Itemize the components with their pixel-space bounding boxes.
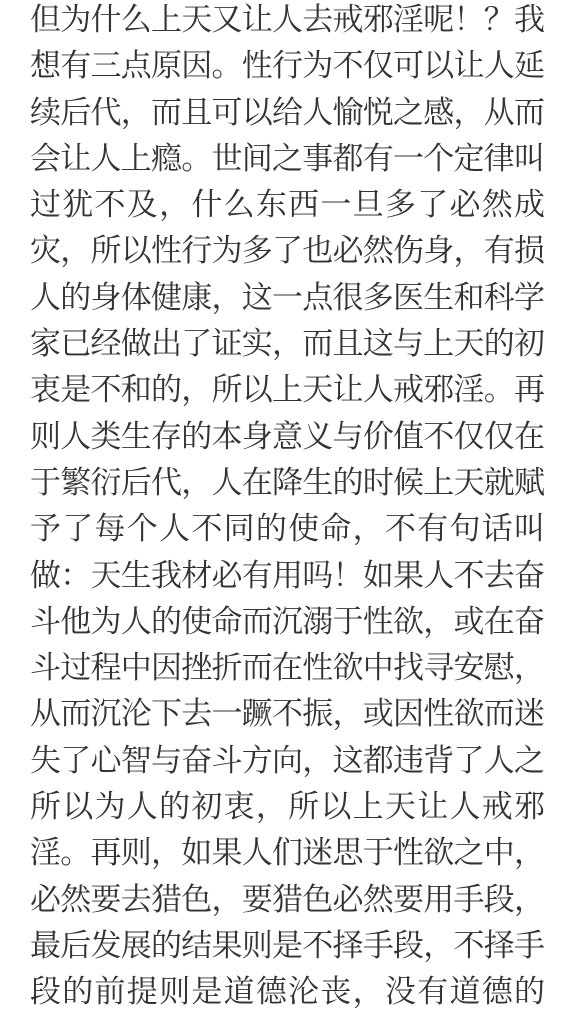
text-char: 间: [242, 139, 273, 179]
text-char: 果: [393, 556, 424, 596]
text-char: 天: [91, 556, 122, 596]
text-char: 仅: [454, 417, 485, 457]
text-char: 段: [30, 972, 61, 1012]
text-char: 于: [363, 833, 394, 873]
text-char: 赋: [514, 463, 545, 503]
text-char: 人: [60, 417, 91, 457]
text-char: 人: [484, 46, 515, 86]
text-char: 降: [272, 463, 303, 503]
text-char: 了: [181, 324, 212, 364]
text-char: 用: [272, 556, 303, 596]
text-char: ，: [423, 602, 454, 642]
text-char: 要: [242, 880, 273, 920]
text-char: 了: [62, 509, 93, 549]
text-char: 灾: [30, 231, 61, 271]
text-char: 。: [212, 46, 243, 86]
text-char: 感: [423, 93, 454, 133]
text-char: 叫: [514, 509, 545, 549]
text-char: 人: [159, 509, 190, 549]
text-char: 科: [484, 278, 515, 318]
text-char: 的: [151, 370, 182, 410]
text-char: 的: [60, 278, 91, 318]
text-char: 有: [417, 972, 448, 1012]
text-char: 了: [60, 741, 91, 781]
text-char: 性: [393, 833, 424, 873]
text-char: ，: [514, 648, 545, 688]
text-char: 多: [385, 185, 416, 225]
text-char: 迷: [302, 833, 333, 873]
text-char: 上: [121, 139, 152, 179]
text-char: 多: [363, 278, 394, 318]
text-char: 在: [272, 648, 303, 688]
text-char: 因: [181, 46, 212, 86]
text-char: 之: [454, 833, 485, 873]
text-char: 时: [363, 463, 394, 503]
text-char: 原: [151, 46, 182, 86]
text-char: 天: [181, 0, 212, 40]
text-char: 必: [333, 880, 364, 920]
text-char: 必: [449, 185, 480, 225]
text-char: 叫: [514, 139, 545, 179]
text-char: 。: [181, 139, 212, 179]
text-line: 斗他为人的使命而沉溺于性欲，或在奋: [30, 602, 548, 648]
text-line: 予了每个人不同的使命，不有句话叫: [30, 509, 548, 555]
text-char: 失: [30, 741, 61, 781]
text-char: 奋: [514, 602, 545, 642]
text-char: 有: [484, 231, 515, 271]
text-char: 所: [30, 787, 61, 827]
text-line: 续后代，而且可以给人愉悦之感，从而: [30, 93, 548, 139]
text-char: 什: [91, 0, 122, 40]
text-char: 多: [242, 231, 273, 271]
text-char: ，: [151, 833, 182, 873]
text-char: 生: [121, 417, 152, 457]
text-char: 后: [60, 926, 91, 966]
text-char: 上: [423, 324, 454, 364]
text-char: 命: [320, 509, 351, 549]
text-char: 做: [30, 556, 61, 596]
text-char: 为: [212, 231, 243, 271]
text-char: 是: [272, 926, 303, 966]
text-char: 道: [449, 972, 480, 1012]
text-char: 以: [242, 93, 273, 133]
text-char: 人: [127, 787, 158, 827]
text-char: 邪: [514, 787, 545, 827]
text-line: 过犹不及，什么东西一旦多了必然成: [30, 185, 548, 231]
text-char: 与: [393, 324, 424, 364]
text-char: 行: [272, 46, 303, 86]
text-char: 斗: [212, 741, 243, 781]
text-line: 所以为人的初衷，所以上天让人戒邪: [30, 787, 548, 833]
text-char: 代: [91, 93, 122, 133]
text-char: 学: [514, 278, 545, 318]
text-char: 则: [159, 972, 190, 1012]
text-char: ，: [121, 93, 152, 133]
text-char: ，: [212, 880, 243, 920]
text-char: ，: [181, 463, 212, 503]
text-char: 德: [256, 972, 287, 1012]
text-char: 沉: [91, 694, 122, 734]
text-char: 人: [484, 741, 515, 781]
text-line: 会让人上瘾。世间之事都有一个定律叫: [30, 139, 548, 185]
text-char: 每: [95, 509, 126, 549]
text-char: 以: [121, 231, 152, 271]
text-char: 什: [191, 185, 222, 225]
text-char: ！: [454, 0, 485, 40]
text-char: 去: [302, 0, 333, 40]
text-char: ，: [423, 926, 454, 966]
text-char: 候: [393, 463, 424, 503]
text-char: 句: [449, 509, 480, 549]
text-char: 结: [181, 926, 212, 966]
text-char: 且: [333, 324, 364, 364]
text-char: 之: [393, 93, 424, 133]
text-char: 所: [212, 370, 243, 410]
text-char: 如: [181, 833, 212, 873]
text-char: 已: [60, 324, 91, 364]
text-char: 旦: [353, 185, 384, 225]
text-char: 中: [363, 648, 394, 688]
text-char: 了: [417, 185, 448, 225]
text-char: 及: [127, 185, 158, 225]
text-char: 向: [272, 741, 303, 781]
text-char: 于: [30, 463, 61, 503]
text-char: 果: [212, 833, 243, 873]
text-char: 淫: [454, 370, 485, 410]
text-char: ，: [212, 278, 243, 318]
text-char: 而: [302, 324, 333, 364]
text-char: 实: [242, 324, 273, 364]
text-char: 为: [302, 46, 333, 86]
text-char: 愉: [333, 93, 364, 133]
text-char: ，: [454, 231, 485, 271]
text-char: 寻: [423, 648, 454, 688]
text-line: 于繁衍后代，人在降生的时候上天就赋: [30, 463, 548, 509]
text-char: 而: [60, 694, 91, 734]
text-char: 有: [363, 139, 394, 179]
text-char: 猎: [272, 880, 303, 920]
text-char: 他: [60, 602, 91, 642]
text-char: 让: [417, 787, 448, 827]
text-char: 则: [242, 926, 273, 966]
text-char: 择: [333, 926, 364, 966]
text-line: 则人类生存的本身意义与价值不仅仅在: [30, 417, 548, 463]
text-char: 人: [242, 833, 273, 873]
text-char: 戒: [333, 0, 364, 40]
text-char: 人: [449, 787, 480, 827]
text-char: 西: [288, 185, 319, 225]
text-char: 果: [212, 926, 243, 966]
text-char: 段: [484, 880, 515, 920]
text-char: 东: [256, 185, 287, 225]
text-char: 欲: [333, 648, 364, 688]
text-char: 性: [302, 648, 333, 688]
text-char: 使: [288, 509, 319, 549]
text-char: 出: [151, 324, 182, 364]
text-char: 以: [242, 370, 273, 410]
text-char: 沦: [121, 694, 152, 734]
text-char: 而: [151, 93, 182, 133]
text-char: 康: [181, 278, 212, 318]
text-char: 之: [272, 139, 303, 179]
text-char: 不: [91, 370, 122, 410]
text-line: 人的身体健康，这一点很多医生和科学: [30, 278, 548, 324]
text-char: 最: [30, 926, 61, 966]
text-char: 这: [363, 324, 394, 364]
text-char: 证: [212, 324, 243, 364]
text-char: 生: [302, 463, 333, 503]
text-char: 犹: [62, 185, 93, 225]
text-char: 违: [393, 741, 424, 781]
text-char: 欲: [454, 694, 485, 734]
text-char: 身: [423, 231, 454, 271]
text-char: 段: [393, 926, 424, 966]
text-char: 存: [151, 417, 182, 457]
text-char: 要: [91, 880, 122, 920]
text-char: ！: [333, 556, 364, 596]
text-char: 家: [30, 324, 61, 364]
text-char: 是: [60, 370, 91, 410]
text-char: 话: [482, 509, 513, 549]
text-char: 不: [454, 926, 485, 966]
text-char: 都: [363, 741, 394, 781]
text-char: 人: [363, 370, 394, 410]
text-line: 必然要去猎色，要猎色必然要用手段，: [30, 880, 548, 926]
text-char: 性: [242, 46, 273, 86]
text-line: 做：天生我材必有用吗！如果人不去奋: [30, 556, 548, 602]
text-char: 的: [151, 602, 182, 642]
text-char: 折: [212, 648, 243, 688]
text-char: 会: [30, 139, 61, 179]
text-char: 在: [484, 602, 515, 642]
text-char: 去: [181, 694, 212, 734]
text-char: 道: [224, 972, 255, 1012]
text-char: 不: [272, 694, 303, 734]
text-char: 体: [121, 278, 152, 318]
text-char: 又: [212, 0, 243, 40]
text-char: 可: [393, 46, 424, 86]
text-char: 仅: [484, 417, 515, 457]
text-char: 人: [302, 93, 333, 133]
text-char: 戒: [393, 370, 424, 410]
text-char: ？: [484, 0, 515, 40]
text-char: 且: [181, 93, 212, 133]
text-line: 但为什么上天又让人去戒邪淫呢！？我: [30, 0, 548, 46]
text-char: 天: [454, 324, 485, 364]
text-char: 色: [181, 880, 212, 920]
text-char: 去: [484, 556, 515, 596]
text-char: 再: [514, 370, 545, 410]
text-char: 初: [514, 324, 545, 364]
text-char: ，: [60, 231, 91, 271]
text-char: 让: [454, 46, 485, 86]
text-char: 点: [302, 278, 333, 318]
text-char: 必: [30, 880, 61, 920]
text-char: 以: [423, 46, 454, 86]
text-char: 瘾: [151, 139, 182, 179]
text-char: 而: [484, 694, 515, 734]
text-char: 用: [423, 880, 454, 920]
text-char: 德: [482, 972, 513, 1012]
text-char: 不: [191, 509, 222, 549]
text-char: ，: [302, 741, 333, 781]
article-body: 但为什么上天又让人去戒邪淫呢！？我 想有三点原因。性行为不仅可以让人延 续后代，…: [30, 0, 548, 1017]
text-char: 的: [256, 509, 287, 549]
text-char: 人: [212, 463, 243, 503]
text-char: 中: [484, 833, 515, 873]
text-char: 我: [514, 0, 545, 40]
text-char: 所: [288, 787, 319, 827]
text-char: 淫: [30, 833, 61, 873]
text-char: 以: [62, 787, 93, 827]
text-char: 戒: [482, 787, 513, 827]
text-char: 必: [212, 556, 243, 596]
text-char: 。: [484, 370, 515, 410]
text-char: 不: [95, 185, 126, 225]
text-char: 则: [30, 417, 61, 457]
text-char: 不: [423, 417, 454, 457]
text-char: 们: [272, 833, 303, 873]
text-char: 想: [30, 46, 61, 86]
text-line: 失了心智与奋斗方向，这都违背了人之: [30, 741, 548, 787]
text-char: 有: [242, 556, 273, 596]
text-char: 性: [363, 602, 394, 642]
text-char: 必: [333, 231, 364, 271]
text-char: 为: [60, 0, 91, 40]
text-char: 了: [454, 741, 485, 781]
text-char: 行: [181, 231, 212, 271]
text-char: 然: [363, 880, 394, 920]
text-char: 之: [514, 741, 545, 781]
text-char: 奋: [514, 556, 545, 596]
text-char: ，: [256, 787, 287, 827]
text-char: 沉: [272, 602, 303, 642]
text-char: 可: [212, 93, 243, 133]
text-char: 上: [353, 787, 384, 827]
text-char: 天: [454, 463, 485, 503]
text-char: 迷: [514, 694, 545, 734]
text-char: 但: [30, 0, 61, 40]
text-char: 医: [393, 278, 424, 318]
text-char: 而: [514, 93, 545, 133]
text-char: 命: [212, 602, 243, 642]
text-char: ，: [514, 833, 545, 873]
text-char: 性: [151, 231, 182, 271]
text-line: 最后发展的结果则是不择手段，不择手: [30, 926, 548, 972]
text-char: 一: [393, 139, 424, 179]
text-char: 给: [272, 93, 303, 133]
text-char: 前: [95, 972, 126, 1012]
text-char: 不: [302, 926, 333, 966]
text-char: 从: [30, 694, 61, 734]
text-char: 吗: [302, 556, 333, 596]
text-char: 手: [363, 926, 394, 966]
text-char: 因: [393, 694, 424, 734]
text-char: 这: [242, 278, 273, 318]
text-char: 衷: [30, 370, 61, 410]
text-line: 想有三点原因。性行为不仅可以让人延: [30, 46, 548, 92]
text-char: ，: [353, 972, 384, 1012]
text-char: 呢: [423, 0, 454, 40]
text-char: ：: [60, 556, 91, 596]
text-char: ，: [159, 185, 190, 225]
text-char: 为: [91, 602, 122, 642]
text-char: 奋: [181, 741, 212, 781]
text-char: 与: [333, 417, 364, 457]
text-char: 使: [181, 602, 212, 642]
text-char: 为: [95, 787, 126, 827]
text-char: 如: [363, 556, 394, 596]
text-char: 找: [393, 648, 424, 688]
text-char: 过: [30, 185, 61, 225]
text-char: 。: [60, 833, 91, 873]
text-char: 一: [272, 278, 303, 318]
text-char: 律: [484, 139, 515, 179]
text-char: 有: [417, 509, 448, 549]
text-char: 一: [320, 185, 351, 225]
text-char: 是: [191, 972, 222, 1012]
text-char: 悦: [363, 93, 394, 133]
text-line: 淫。再则，如果人们迷思于性欲之中，: [30, 833, 548, 879]
text-char: 安: [454, 648, 485, 688]
text-char: 人: [30, 278, 61, 318]
text-char: 慰: [484, 648, 515, 688]
text-char: 个: [127, 509, 158, 549]
text-char: 伤: [393, 231, 424, 271]
text-char: 让: [333, 370, 364, 410]
text-char: 因: [151, 648, 182, 688]
text-char: 我: [151, 556, 182, 596]
text-char: 提: [127, 972, 158, 1012]
text-char: 所: [91, 231, 122, 271]
text-char: 人: [91, 139, 122, 179]
text-char: 而: [242, 648, 273, 688]
text-char: 展: [121, 926, 152, 966]
text-char: 斗: [30, 648, 61, 688]
text-char: 让: [242, 0, 273, 40]
text-char: 事: [302, 139, 333, 179]
text-char: 损: [514, 231, 545, 271]
text-char: 三: [91, 46, 122, 86]
text-char: 了: [272, 231, 303, 271]
text-char: 手: [454, 880, 485, 920]
text-line: 家已经做出了证实，而且这与上天的初: [30, 324, 548, 370]
text-char: 本: [212, 417, 243, 457]
text-char: 过: [60, 648, 91, 688]
text-char: 斗: [30, 602, 61, 642]
text-char: 从: [484, 93, 515, 133]
text-char: 中: [121, 648, 152, 688]
text-char: 天: [302, 370, 333, 410]
text-char: 繁: [60, 463, 91, 503]
text-char: 也: [302, 231, 333, 271]
text-char: 在: [514, 417, 545, 457]
text-char: 的: [514, 972, 545, 1012]
text-char: 性: [423, 694, 454, 734]
text-char: 成: [514, 185, 545, 225]
text-char: 延: [514, 46, 545, 86]
text-char: 的: [333, 463, 364, 503]
text-char: 意: [272, 417, 303, 457]
text-char: 下: [151, 694, 182, 734]
text-char: 同: [224, 509, 255, 549]
text-char: 或: [454, 602, 485, 642]
text-char: 和: [121, 370, 152, 410]
text-char: 程: [91, 648, 122, 688]
text-char: 很: [333, 278, 364, 318]
text-char: 智: [121, 741, 152, 781]
text-char: ，: [181, 370, 212, 410]
